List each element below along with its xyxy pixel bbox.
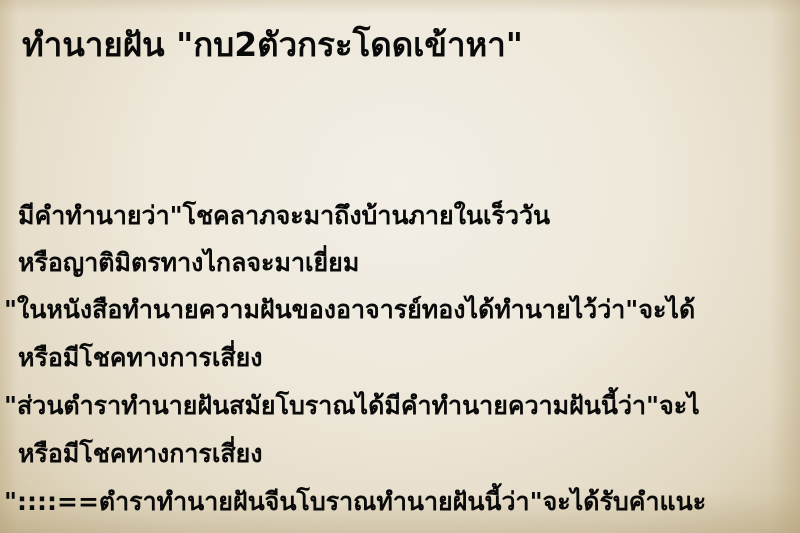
prediction-line-3: "ในหนังสือทำนายความฝันของอาจารย์ทองได้ทำ… xyxy=(4,290,695,330)
prediction-line-1: มีคำทำนายว่า"โชคลาภจะมาถึงบ้านภายในเร็วว… xyxy=(18,196,550,236)
prediction-line-7: "::::==ตำราทำนายฝันจีนโบราณทำนายฝันนี้ว่… xyxy=(4,482,706,522)
prediction-line-6: หรือมีโชคทางการเสี่ยง xyxy=(18,434,263,474)
page-title: ทำนายฝัน "กบ2ตัวกระโดดเข้าหา" xyxy=(22,18,523,71)
prediction-line-2: หรือญาติมิตรทางไกลจะมาเยี่ยม xyxy=(18,243,359,283)
prediction-line-5: "ส่วนตำราทำนายฝันสมัยโบราณได้มีคำทำนายคว… xyxy=(4,386,700,426)
prediction-line-4: หรือมีโชคทางการเสี่ยง xyxy=(18,338,263,378)
